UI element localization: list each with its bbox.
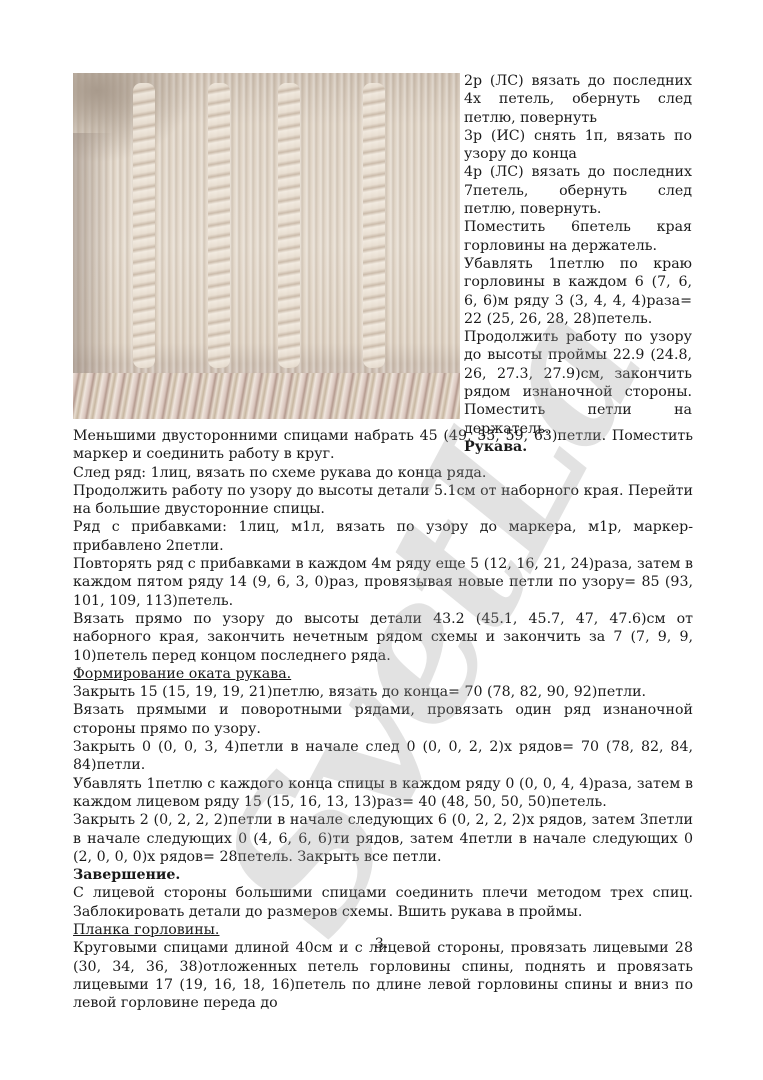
- main-paragraph: Закрыть 2 (0, 2, 2, 2)петли в начале сле…: [73, 811, 693, 866]
- main-paragraph: С лицевой стороны большими спицами соеди…: [73, 884, 693, 921]
- right-paragraph: 4р (ЛС) вязать до последних 7петель, обе…: [464, 163, 692, 218]
- cable-pattern: [208, 83, 230, 368]
- right-paragraph: 2р (ЛС) вязать до последних 4х петель, о…: [464, 72, 692, 127]
- main-paragraph: Повторять ряд с прибавками в каждом 4м р…: [73, 555, 693, 610]
- cable-pattern: [278, 83, 300, 368]
- right-column-text: 2р (ЛС) вязать до последних 4х петель, о…: [464, 72, 692, 456]
- main-heading: Завершение.: [73, 866, 693, 884]
- right-paragraph: Продолжить работу по узору до высоты про…: [464, 328, 692, 438]
- main-column-text: Меньшими двусторонними спицами набрать 4…: [73, 427, 693, 1013]
- main-paragraph: Вязать прямо по узору до высоты детали 4…: [73, 610, 693, 665]
- page-number: 3.: [0, 936, 763, 952]
- main-paragraph: Вязать прямыми и поворотными рядами, про…: [73, 701, 693, 738]
- main-paragraph: Ряд с прибавками: 1лиц, м1л, вязать по у…: [73, 518, 693, 555]
- right-paragraph: Поместить 6петель края горловины на держ…: [464, 218, 692, 255]
- main-heading: Формирование оката рукава.: [73, 665, 693, 683]
- main-paragraph: Убавлять 1петлю с каждого конца спицы в …: [73, 775, 693, 812]
- main-paragraph: Продолжить работу по узору до высоты дет…: [73, 482, 693, 519]
- sweater-photo: [73, 73, 460, 419]
- striped-shirt: [73, 373, 460, 419]
- cable-pattern: [133, 83, 155, 368]
- main-paragraph: Закрыть 15 (15, 19, 19, 21)петлю, вязать…: [73, 683, 693, 701]
- cable-pattern: [363, 83, 385, 368]
- right-paragraph: 3р (ИС) снять 1п, вязать по узору до кон…: [464, 127, 692, 164]
- main-paragraph: Закрыть 0 (0, 0, 3, 4)петли в начале сле…: [73, 738, 693, 775]
- right-paragraph: Убавлять 1петлю по краю горловины в кажд…: [464, 255, 692, 328]
- document-page: 2р (ЛС) вязать до последних 4х петель, о…: [0, 0, 763, 1080]
- main-paragraph: Меньшими двусторонними спицами набрать 4…: [73, 427, 693, 464]
- main-paragraph: След ряд: 1лиц, вязать по схеме рукава д…: [73, 464, 693, 482]
